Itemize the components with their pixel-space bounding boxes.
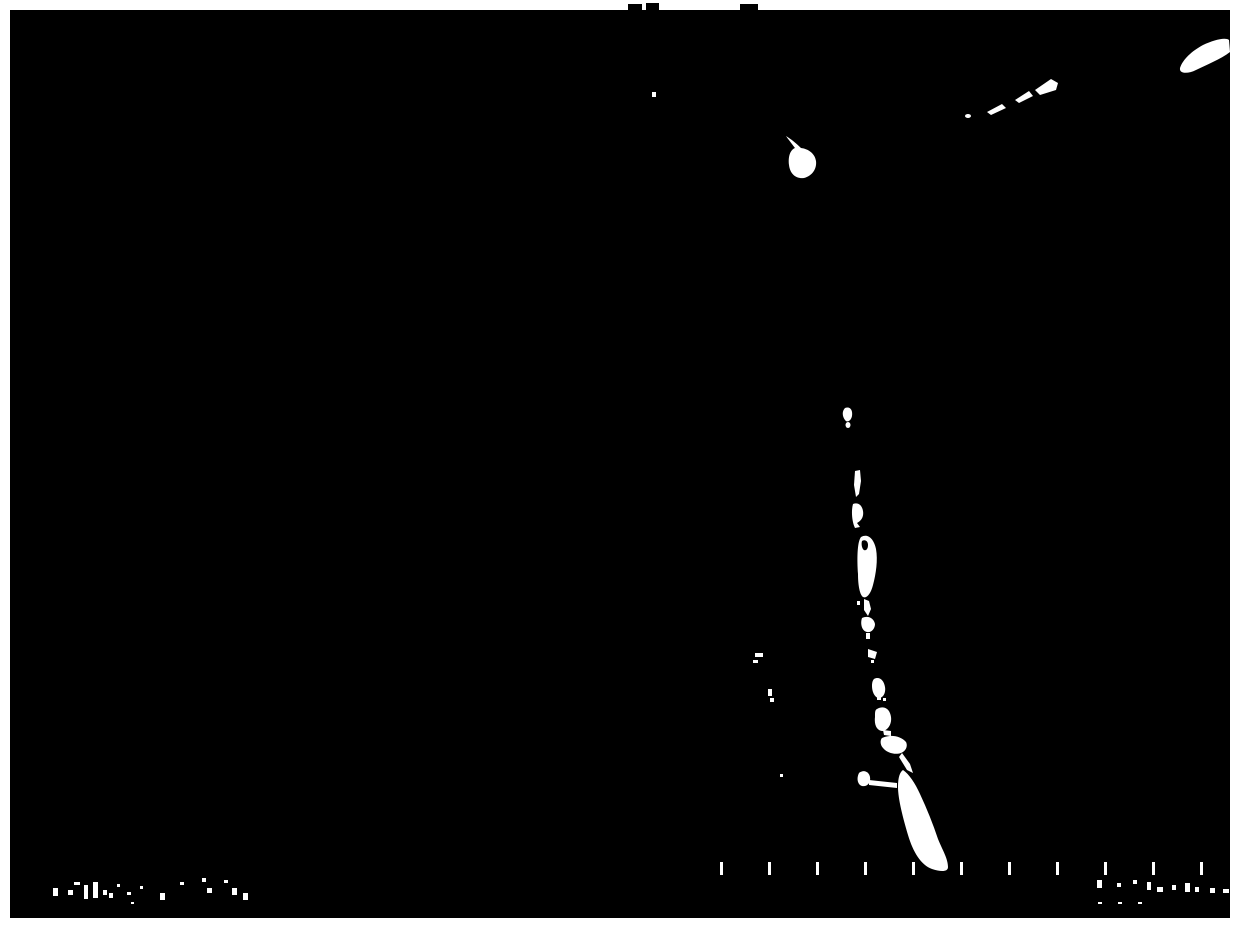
micrograph-figure-page [0, 0, 1240, 935]
scale-bar-tick [1008, 862, 1011, 875]
scale-bar-tick [912, 862, 915, 875]
trail-dot [965, 114, 971, 118]
micrograph-black-field [10, 10, 1230, 918]
top-edge-bumps [628, 3, 758, 11]
scale-bar-tick [768, 862, 771, 875]
scale-bar-tick [720, 862, 723, 875]
crack-comma-dot [846, 422, 851, 428]
scale-bar-tick [960, 862, 963, 875]
scale-bar-tick [1200, 862, 1203, 875]
micrograph-svg [0, 0, 1240, 935]
scale-bar-tick [864, 862, 867, 875]
scale-bar-tick [816, 862, 819, 875]
scale-bar-tick [1152, 862, 1155, 875]
scale-bar-tick [1056, 862, 1059, 875]
scale-bar-tick [1104, 862, 1107, 875]
crack-side-blob [858, 771, 871, 786]
